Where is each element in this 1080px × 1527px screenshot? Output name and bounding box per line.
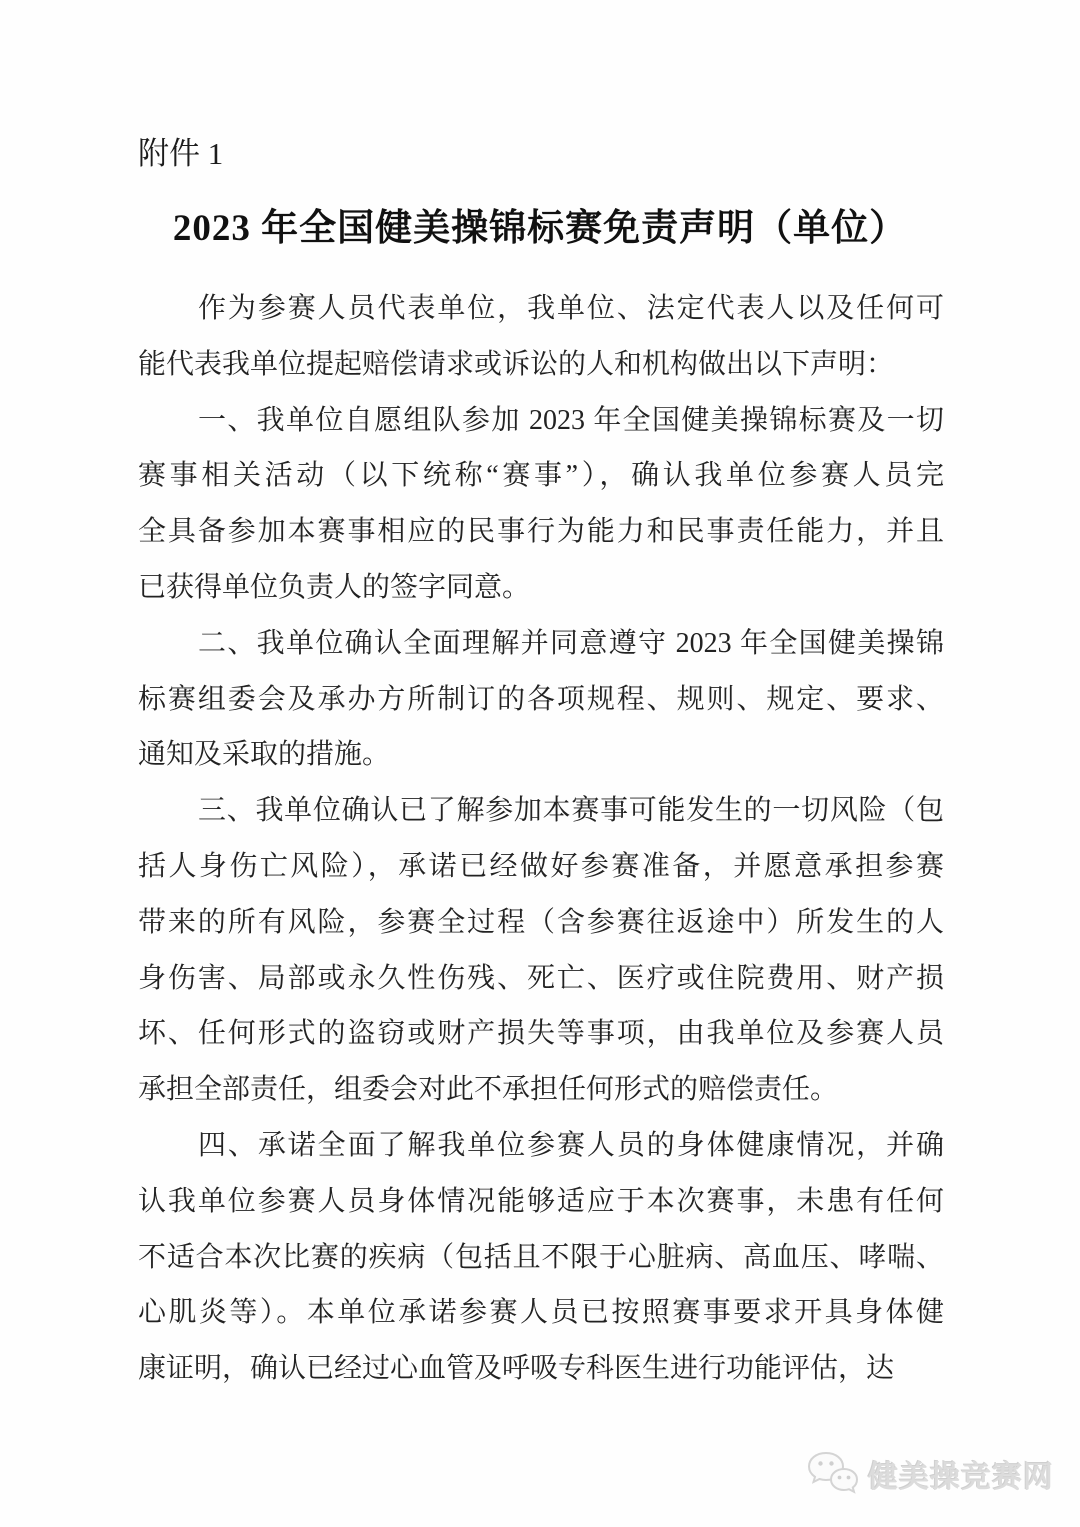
document-body: 作为参赛人员代表单位，我单位、法定代表人以及任何可能代表我单位提起赔偿请求或诉讼… xyxy=(138,281,944,1397)
wechat-bubbles-icon xyxy=(804,1447,862,1501)
body-line: 二、我单位确认全面理解并同意遵守 2023 年全国健美操锦 xyxy=(138,616,944,672)
body-line: 带来的所有风险，参赛全过程（含参赛往返途中）所发生的人 xyxy=(138,895,944,951)
body-line: 四、承诺全面了解我单位参赛人员的身体健康情况，并确 xyxy=(138,1118,944,1174)
watermark-text: 健美操竞赛网 xyxy=(868,1452,1054,1496)
attachment-label: 附件 1 xyxy=(138,133,223,175)
body-line: 身伤害、局部或永久性伤残、死亡、医疗或住院费用、财产损 xyxy=(138,951,944,1007)
body-line: 认我单位参赛人员身体情况能够适应于本次赛事，未患有任何 xyxy=(138,1174,944,1230)
body-line: 能代表我单位提起赔偿请求或诉讼的人和机构做出以下声明： xyxy=(138,337,944,393)
body-line: 通知及采取的措施。 xyxy=(138,727,944,783)
body-line: 标赛组委会及承办方所制订的各项规程、规则、规定、要求、 xyxy=(138,672,944,728)
body-line: 赛事相关活动（以下统称“赛事”），确认我单位参赛人员完 xyxy=(138,448,944,504)
body-line: 不适合本次比赛的疾病（包括且不限于心脏病、高血压、哮喘、 xyxy=(138,1230,944,1286)
body-line: 已获得单位负责人的签字同意。 xyxy=(138,560,944,616)
watermark: 健美操竞赛网 xyxy=(804,1447,1054,1501)
body-line: 坏、任何形式的盗窃或财产损失等事项，由我单位及参赛人员 xyxy=(138,1006,944,1062)
body-line: 心肌炎等）。本单位承诺参赛人员已按照赛事要求开具身体健 xyxy=(138,1285,944,1341)
body-line: 一、我单位自愿组队参加 2023 年全国健美操锦标赛及一切 xyxy=(138,393,944,449)
document-page: 附件 1 2023 年全国健美操锦标赛免责声明（单位） 作为参赛人员代表单位，我… xyxy=(0,0,1080,1527)
body-line: 康证明，确认已经过心血管及呼吸专科医生进行功能评估，达 xyxy=(138,1341,944,1397)
body-line: 作为参赛人员代表单位，我单位、法定代表人以及任何可 xyxy=(138,281,944,337)
page-title: 2023 年全国健美操锦标赛免责声明（单位） xyxy=(0,197,1080,251)
body-line: 括人身伤亡风险），承诺已经做好参赛准备，并愿意承担参赛 xyxy=(138,839,944,895)
body-line: 承担全部责任，组委会对此不承担任何形式的赔偿责任。 xyxy=(138,1062,944,1118)
body-line: 全具备参加本赛事相应的民事行为能力和民事责任能力，并且 xyxy=(138,504,944,560)
body-line: 三、我单位确认已了解参加本赛事可能发生的一切风险（包 xyxy=(138,783,944,839)
